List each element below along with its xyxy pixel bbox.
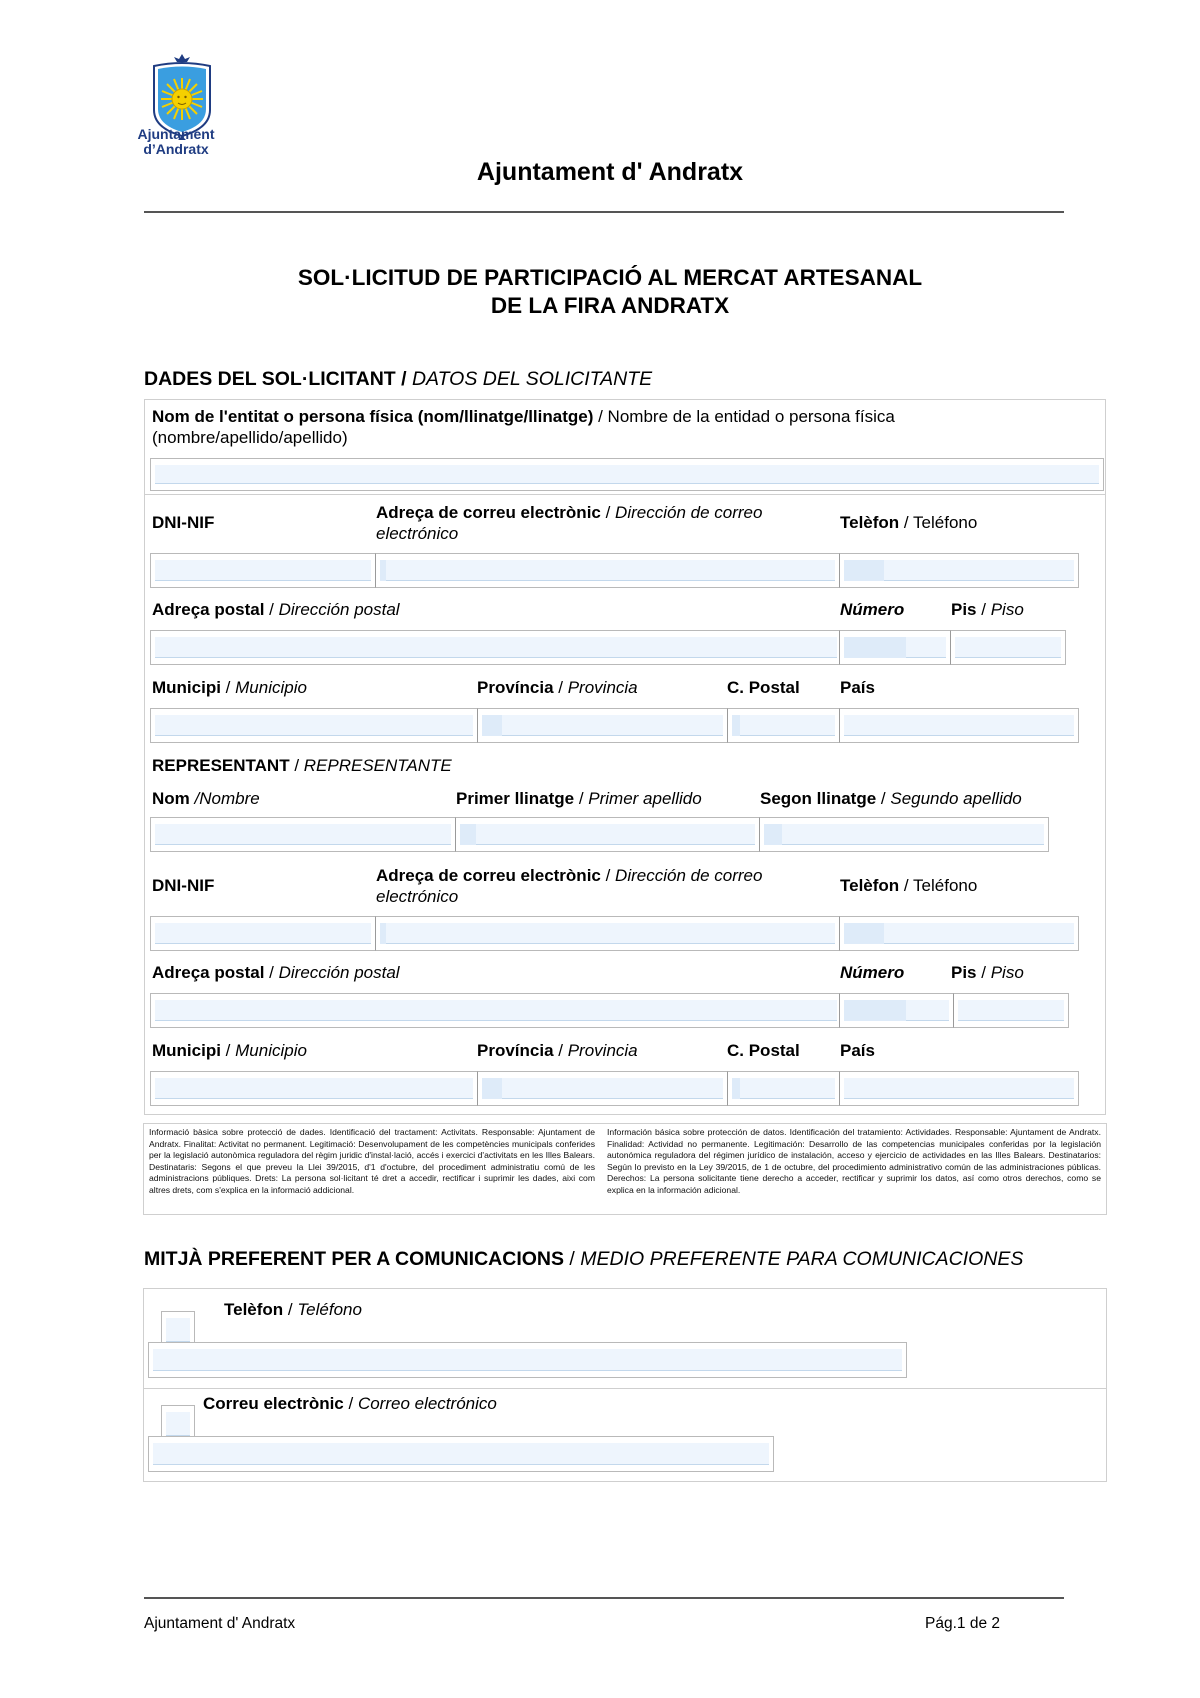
applicant-email-input[interactable] [375, 553, 840, 588]
applicant-floor-label: Pis / Piso [951, 599, 1024, 620]
applicant-country-input[interactable] [839, 708, 1079, 743]
representative-dni-label: DNI-NIF [152, 875, 214, 896]
representative-municipality-label: Municipi / Municipio [152, 1040, 307, 1061]
applicant-address-label: Adreça postal / Dirección postal [152, 599, 400, 620]
document-title-line2: DE LA FIRA ANDRATX [132, 292, 1088, 319]
phone-preference-checkbox[interactable] [161, 1311, 195, 1342]
representative-surname1-input[interactable] [455, 817, 760, 852]
footer-org-name: Ajuntament d' Andratx [144, 1614, 295, 1633]
header-divider [144, 211, 1064, 213]
phone-preference-label: Telèfon / Teléfono [224, 1299, 362, 1320]
representative-email-label: Adreça de correu electrònic / Dirección … [376, 865, 806, 907]
applicant-address-input[interactable] [150, 630, 842, 665]
email-preference-input[interactable] [148, 1436, 774, 1472]
representative-floor-input[interactable] [953, 993, 1069, 1028]
heading-es: DATOS DEL SOLICITANTE [407, 368, 653, 390]
applicant-municipality-label: Municipi / Municipio [152, 677, 307, 698]
representative-municipality-input[interactable] [150, 1071, 478, 1106]
email-preference-checkbox[interactable] [161, 1405, 195, 1436]
communication-section-heading: MITJÀ PREFERENT PER A COMUNICACIONS / ME… [144, 1247, 1023, 1271]
email-preference-label: Correu electrònic / Correo electrónico [203, 1393, 497, 1414]
representative-floor-label: Pis / Piso [951, 962, 1024, 983]
representative-heading: REPRESENTANT / REPRESENTANTE [152, 755, 452, 776]
applicant-dni-label: DNI-NIF [152, 512, 214, 533]
representative-first-name-input[interactable] [150, 817, 456, 852]
organization-title: Ajuntament d' Andratx [132, 157, 1088, 187]
representative-first-name-label: Nom /Nombre [152, 788, 260, 809]
applicant-postal-code-input[interactable] [727, 708, 840, 743]
representative-number-input[interactable] [839, 993, 954, 1028]
applicant-section-heading: DADES DEL SOL·LICITANT / DATOS DEL SOLIC… [144, 367, 652, 391]
representative-surname1-label: Primer llinatge / Primer apellido [456, 788, 702, 809]
applicant-province-label: Província / Provincia [477, 677, 638, 698]
data-protection-text-ca: Informació bàsica sobre protecció de dad… [149, 1127, 595, 1197]
page-indicator: Pág.1 de 2 [900, 1614, 1000, 1633]
logo-text-line1: Ajuntament [126, 126, 226, 142]
representative-surname2-input[interactable] [759, 817, 1049, 852]
representative-number-label: Número [840, 962, 904, 983]
applicant-country-label: País [840, 677, 875, 698]
representative-province-input[interactable] [477, 1071, 728, 1106]
footer-divider [144, 1597, 1064, 1599]
phone-preference-input[interactable] [148, 1342, 907, 1378]
applicant-number-label: Número [840, 599, 904, 620]
representative-phone-input[interactable] [839, 916, 1079, 951]
applicant-postal-code-label: C. Postal [727, 677, 800, 698]
row-divider [144, 494, 1106, 495]
applicant-name-input[interactable] [150, 458, 1104, 491]
data-protection-text-es: Información básica sobre protección de d… [607, 1127, 1101, 1197]
applicant-phone-input[interactable] [839, 553, 1079, 588]
applicant-dni-input[interactable] [150, 553, 376, 588]
representative-postal-code-label: C. Postal [727, 1040, 800, 1061]
applicant-email-label: Adreça de correu electrònic / Dirección … [376, 502, 806, 544]
logo-text-line2: d’Andratx [126, 141, 226, 157]
document-title-line1: SOL·LICITUD DE PARTICIPACIÓ AL MERCAT AR… [132, 264, 1088, 291]
municipal-logo: Ajuntament d’Andratx [132, 52, 232, 170]
applicant-province-input[interactable] [477, 708, 728, 743]
representative-surname2-label: Segon llinatge / Segundo apellido [760, 788, 1022, 809]
communication-row-divider [143, 1388, 1107, 1389]
representative-dni-input[interactable] [150, 916, 376, 951]
applicant-municipality-input[interactable] [150, 708, 478, 743]
representative-province-label: Província / Provincia [477, 1040, 638, 1061]
representative-country-input[interactable] [839, 1071, 1079, 1106]
applicant-floor-input[interactable] [950, 630, 1066, 665]
representative-address-input[interactable] [150, 993, 842, 1028]
applicant-number-input[interactable] [839, 630, 951, 665]
representative-country-label: País [840, 1040, 875, 1061]
representative-phone-label: Telèfon / Teléfono [840, 875, 977, 896]
heading-ca: DADES DEL SOL·LICITANT / [144, 368, 407, 390]
applicant-phone-label: Telèfon / Teléfono [840, 512, 977, 533]
representative-email-input[interactable] [375, 916, 840, 951]
representative-address-label: Adreça postal / Dirección postal [152, 962, 400, 983]
applicant-name-label: Nom de l'entitat o persona física (nom/l… [152, 406, 952, 448]
representative-postal-code-input[interactable] [727, 1071, 840, 1106]
